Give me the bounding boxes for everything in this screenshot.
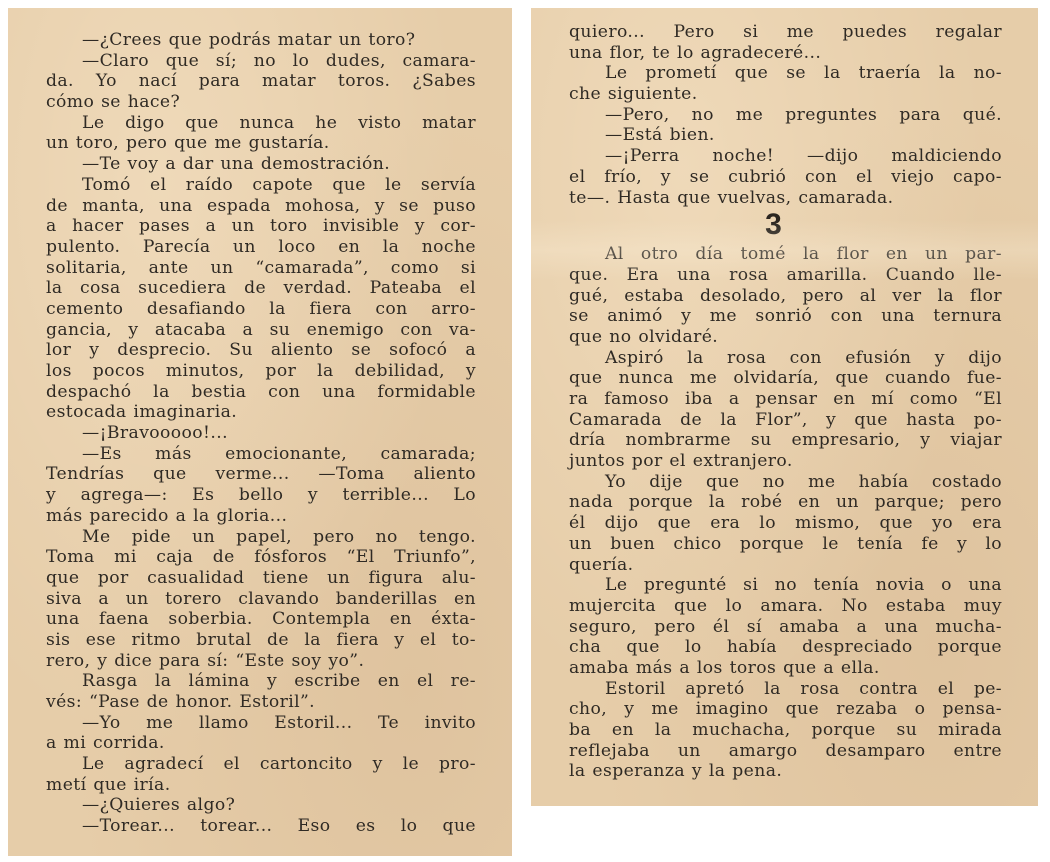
text-line: un toro, pero que me gustaría. <box>46 133 476 154</box>
text-column-left: —¿Crees que podrás matar un toro?—Claro … <box>46 30 476 837</box>
text-line: Le prometí que se la traería la no- <box>569 63 1002 84</box>
text-line: seguro, pero él sí amaba a una mucha- <box>569 617 1002 638</box>
text-line: despachó la bestia con una formidable <box>46 382 476 403</box>
text-line: que no olvidaré. <box>569 327 1002 348</box>
text-line: Le pregunté si no tenía novia o una <box>569 575 1002 596</box>
text-line: —¡Perra noche! —dijo maldiciendo <box>569 146 1002 167</box>
text-line: Tomó el raído capote que le servía <box>46 175 476 196</box>
text-line: que. Era una rosa amarilla. Cuando lle- <box>569 265 1002 286</box>
text-line: de manta, una espada mohosa, y se puso <box>46 196 476 217</box>
section-number: 3 <box>569 210 1002 244</box>
text-line: amaba más a los toros que a ella. <box>569 658 1002 679</box>
text-line: juntos por el extranjero. <box>569 451 1002 472</box>
text-line: estocada imaginaria. <box>46 402 476 423</box>
text-line: cemento desafiando la fiera con arro- <box>46 299 476 320</box>
text-line: que nunca me olvidaría, que cuando fue- <box>569 368 1002 389</box>
text-line: reflejaba un amargo desamparo entre <box>569 741 1002 762</box>
text-line: el frío, y se cubrió con el viejo capo- <box>569 167 1002 188</box>
text-line: Le digo que nunca he visto matar <box>46 113 476 134</box>
text-line: lor y desprecio. Su aliento se sofocó a <box>46 340 476 361</box>
text-line: —¿Crees que podrás matar un toro? <box>46 30 476 51</box>
text-line: gancia, y atacaba a su enemigo con va- <box>46 320 476 341</box>
text-line: la cosa sucediera de verdad. Pateaba el <box>46 278 476 299</box>
text-line: cho, y me imagino que rezaba o pensa- <box>569 699 1002 720</box>
text-line: Me pide un papel, pero no tengo. <box>46 527 476 548</box>
text-line: —Es más emocionante, camarada; <box>46 444 476 465</box>
text-line: y agrega—: Es bello y terrible... Lo <box>46 485 476 506</box>
text-line: Aspiró la rosa con efusión y dijo <box>569 348 1002 369</box>
text-line: la esperanza y la pena. <box>569 761 1002 782</box>
text-line: —Te voy a dar una demostración. <box>46 154 476 175</box>
text-line: —Claro que sí; no lo dudes, camara- <box>46 51 476 72</box>
text-line: se animó y me sonrió con una ternura <box>569 306 1002 327</box>
text-line: a hacer pases a un toro invisible y cor- <box>46 216 476 237</box>
text-line: Toma mi caja de fósforos “El Triunfo”, <box>46 547 476 568</box>
text-line: che siguiente. <box>569 84 1002 105</box>
text-line: —¿Quieres algo? <box>46 795 476 816</box>
text-line: Al otro día tomé la flor en un par- <box>569 244 1002 265</box>
text-line: nada porque la robé en un parque; pero <box>569 492 1002 513</box>
text-line: quiero... Pero si me puedes regalar <box>569 22 1002 43</box>
text-line: ba en la muchacha, porque su mirada <box>569 720 1002 741</box>
text-line: —Pero, no me preguntes para qué. <box>569 105 1002 126</box>
text-line: una faena soberbia. Contempla en éxta- <box>46 609 476 630</box>
text-line: —Torear... torear... Eso es lo que <box>46 816 476 837</box>
text-line: te—. Hasta que vuelvas, camarada. <box>569 188 1002 209</box>
text-line: quería. <box>569 555 1002 576</box>
text-line: una flor, te lo agradeceré... <box>569 43 1002 64</box>
text-line: los pocos minutos, por la debilidad, y <box>46 361 476 382</box>
text-line: Rasga la lámina y escribe en el re- <box>46 671 476 692</box>
text-line: Estoril apretó la rosa contra el pe- <box>569 679 1002 700</box>
text-line: pulento. Parecía un loco en la noche <box>46 237 476 258</box>
newspaper-clipping-right: quiero... Pero si me puedes regalaruna f… <box>531 8 1038 806</box>
text-column-right-bottom: Al otro día tomé la flor en un par-que. … <box>569 244 1002 782</box>
text-line: más parecido a la gloria... <box>46 506 476 527</box>
text-line: dría nombrarme su empresario, y viajar <box>569 430 1002 451</box>
text-line: —¡Bravooooo!... <box>46 423 476 444</box>
text-line: Tendrías que verme... —Toma aliento <box>46 464 476 485</box>
text-line: ra famoso iba a pensar en mí como “El <box>569 389 1002 410</box>
text-line: Le agradecí el cartoncito y le pro- <box>46 754 476 775</box>
text-line: cómo se hace? <box>46 92 476 113</box>
text-line: —Yo me llamo Estoril... Te invito <box>46 713 476 734</box>
text-line: sis ese ritmo brutal de la fiera y el to… <box>46 630 476 651</box>
text-line: mujercita que lo amara. No estaba muy <box>569 596 1002 617</box>
text-line: —Está bien. <box>569 125 1002 146</box>
text-line: a mi corrida. <box>46 733 476 754</box>
text-line: metí que iría. <box>46 775 476 796</box>
text-line: vés: “Pase de honor. Estoril”. <box>46 692 476 713</box>
text-column-right-top: quiero... Pero si me puedes regalaruna f… <box>569 22 1002 208</box>
text-line: él dijo que era lo mismo, que yo era <box>569 513 1002 534</box>
newspaper-clipping-left: —¿Crees que podrás matar un toro?—Claro … <box>8 8 512 856</box>
text-line: cha que lo había despreciado porque <box>569 637 1002 658</box>
text-line: rero, y dice para sí: “Este soy yo”. <box>46 651 476 672</box>
text-line: un buen chico porque le tenía fe y lo <box>569 534 1002 555</box>
text-line: que por casualidad tiene un figura alu- <box>46 568 476 589</box>
text-line: siva a un torero clavando banderillas en <box>46 589 476 610</box>
text-line: Yo dije que no me había costado <box>569 472 1002 493</box>
text-line: Camarada de la Flor”, y que hasta po- <box>569 410 1002 431</box>
text-line: da. Yo nací para matar toros. ¿Sabes <box>46 71 476 92</box>
text-line: gué, estaba desolado, pero al ver la flo… <box>569 286 1002 307</box>
text-line: solitaria, ante un “camarada”, como si <box>46 258 476 279</box>
